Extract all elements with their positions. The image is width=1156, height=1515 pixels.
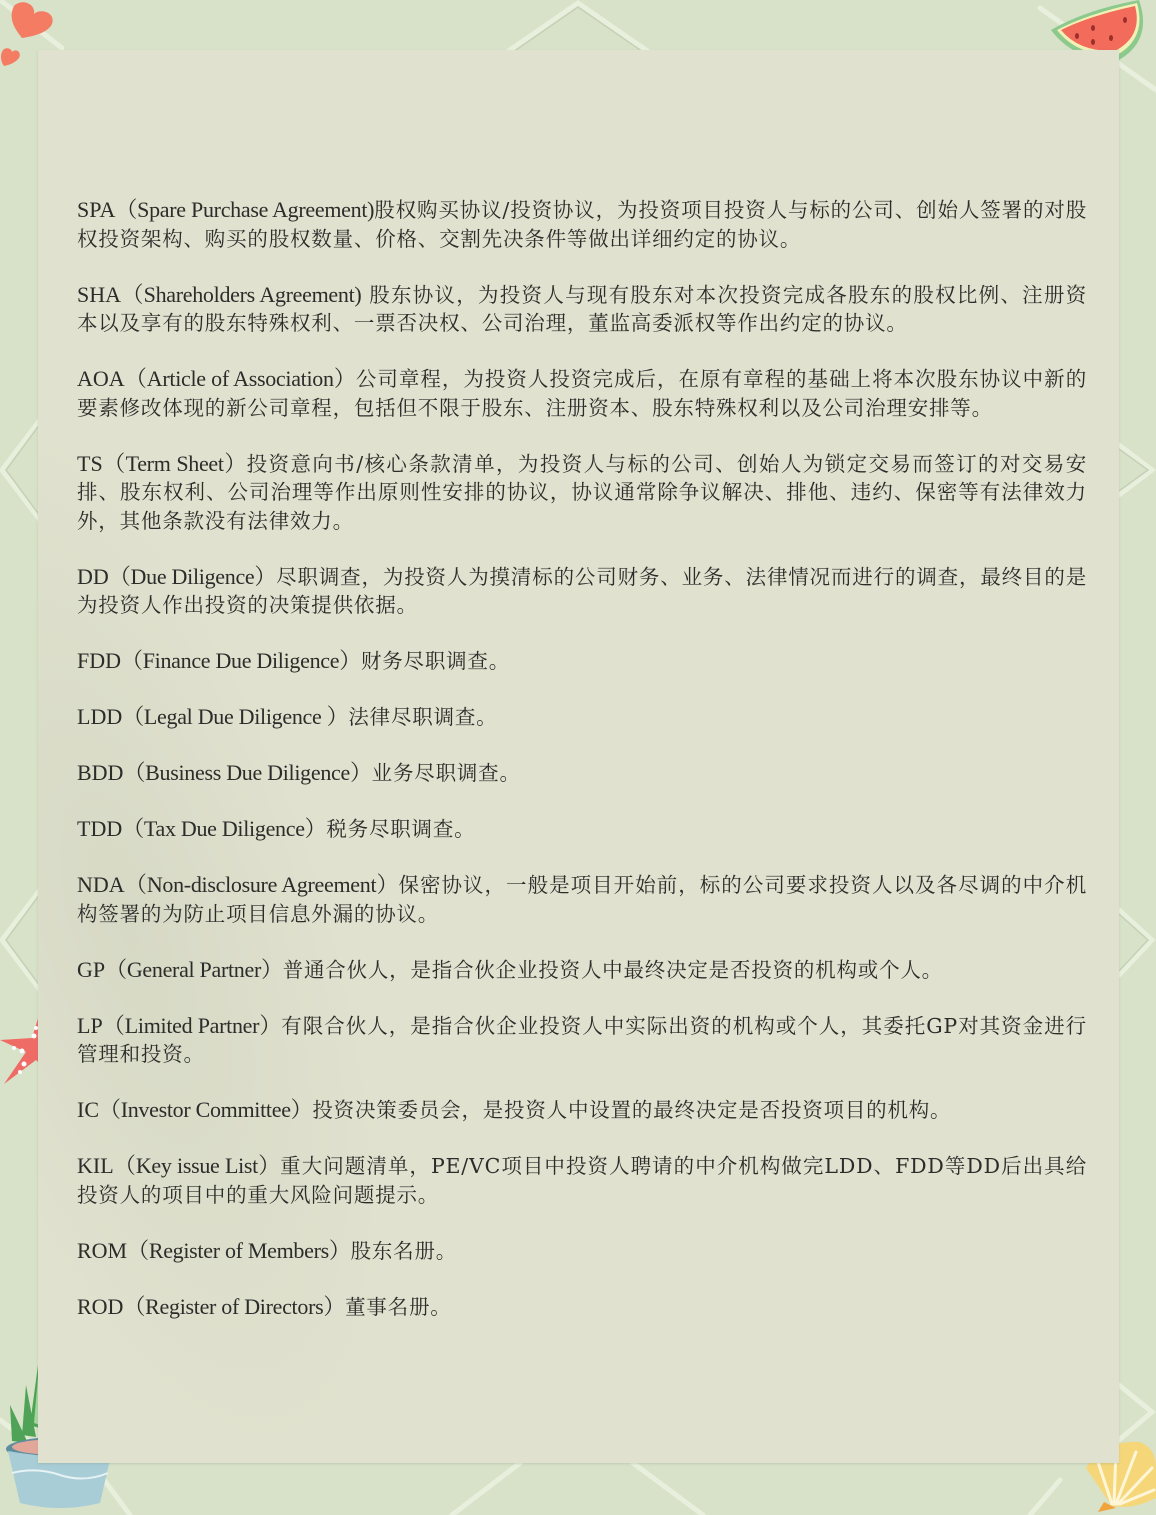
entry-abbreviation: KIL <box>77 1153 114 1178</box>
glossary-entry-tdd: TDD（Tax Due Diligence）税务尽职调查。 <box>77 815 1087 844</box>
entry-abbreviation: ROD <box>77 1294 123 1319</box>
entry-term: （Finance Due Diligence） <box>121 648 361 673</box>
entry-term: （Shareholders Agreement) <box>121 282 361 307</box>
glossary-entry-rod: ROD（Register of Directors）董事名册。 <box>77 1293 1087 1322</box>
glossary-entry-aoa: AOA（Article of Association）公司章程，为投资人投资完成… <box>77 365 1087 422</box>
entry-definition: 董事名册。 <box>345 1295 452 1319</box>
entry-definition: 法律尽职调查。 <box>348 705 497 729</box>
entry-abbreviation: ROM <box>77 1238 127 1263</box>
entry-abbreviation: SHA <box>77 282 121 307</box>
glossary-entry-kil: KIL（Key issue List）重大问题清单，PE/VC项目中投资人聘请的… <box>77 1152 1087 1209</box>
starfish-icon <box>0 1000 40 1090</box>
entry-term: （General Partner） <box>105 957 283 982</box>
entry-abbreviation: DD <box>77 564 109 589</box>
glossary-entry-ts: TS（Term Sheet）投资意向书/核心条款清单，为投资人与标的公司、创始人… <box>77 450 1087 536</box>
entry-abbreviation: NDA <box>77 872 125 897</box>
entry-term: （Business Due Diligence） <box>123 760 371 785</box>
document-paper: SPA（Spare Purchase Agreement)股权购买协议/投资协议… <box>38 50 1119 1463</box>
entry-term: （Register of Members） <box>127 1238 350 1263</box>
glossary-entry-nda: NDA（Non-disclosure Agreement）保密协议，一般是项目开… <box>77 871 1087 928</box>
entry-abbreviation: FDD <box>77 648 121 673</box>
glossary-entry-ic: IC（Investor Committee）投资决策委员会，是投资人中设置的最终… <box>77 1096 1087 1125</box>
glossary-entry-sha: SHA（Shareholders Agreement) 股东协议，为投资人与现有… <box>77 281 1087 338</box>
entry-definition: 股东名册。 <box>351 1239 458 1263</box>
entry-abbreviation: IC <box>77 1097 99 1122</box>
entry-term: （Tax Due Diligence） <box>122 816 326 841</box>
entry-abbreviation: AOA <box>77 366 125 391</box>
entry-definition: 财务尽职调查。 <box>361 649 510 673</box>
entry-term: （Investor Committee） <box>99 1097 312 1122</box>
entry-abbreviation: TS <box>77 451 103 476</box>
entry-definition: 税务尽职调查。 <box>326 817 475 841</box>
glossary-entry-spa: SPA（Spare Purchase Agreement)股权购买协议/投资协议… <box>77 196 1087 253</box>
glossary-entry-lp: LP（Limited Partner）有限合伙人，是指合伙企业投资人中实际出资的… <box>77 1012 1087 1069</box>
entry-abbreviation: TDD <box>77 816 122 841</box>
entry-term: （Legal Due Diligence ） <box>122 704 348 729</box>
entry-definition: 普通合伙人，是指合伙企业投资人中最终决定是否投资的机构或个人。 <box>283 958 943 982</box>
entry-abbreviation: LDD <box>77 704 122 729</box>
glossary-list: SPA（Spare Purchase Agreement)股权购买协议/投资协议… <box>77 196 1087 1349</box>
glossary-entry-fdd: FDD（Finance Due Diligence）财务尽职调查。 <box>77 647 1087 676</box>
entry-abbreviation: GP <box>77 957 105 982</box>
entry-abbreviation: SPA <box>77 197 115 222</box>
entry-definition: 业务尽职调查。 <box>372 761 521 785</box>
entry-term: （Due Diligence） <box>109 564 276 589</box>
entry-term: （Non-disclosure Agreement） <box>125 872 399 897</box>
glossary-entry-rom: ROM（Register of Members）股东名册。 <box>77 1237 1087 1266</box>
entry-abbreviation: BDD <box>77 760 123 785</box>
entry-definition: 投资决策委员会，是投资人中设置的最终决定是否投资项目的机构。 <box>312 1098 951 1122</box>
entry-term: （Limited Partner） <box>103 1013 282 1038</box>
entry-term: （Key issue List） <box>114 1153 281 1178</box>
glossary-entry-dd: DD（Due Diligence）尽职调查，为投资人为摸清标的公司财务、业务、法… <box>77 563 1087 620</box>
glossary-entry-bdd: BDD（Business Due Diligence）业务尽职调查。 <box>77 759 1087 788</box>
entry-abbreviation: LP <box>77 1013 103 1038</box>
entry-term: （Spare Purchase Agreement) <box>115 197 374 222</box>
glossary-entry-ldd: LDD（Legal Due Diligence ）法律尽职调查。 <box>77 703 1087 732</box>
entry-term: （Term Sheet） <box>103 451 247 476</box>
glossary-entry-gp: GP（General Partner）普通合伙人，是指合伙企业投资人中最终决定是… <box>77 956 1087 985</box>
entry-term: （Article of Association） <box>125 366 356 391</box>
entry-term: （Register of Directors） <box>123 1294 345 1319</box>
